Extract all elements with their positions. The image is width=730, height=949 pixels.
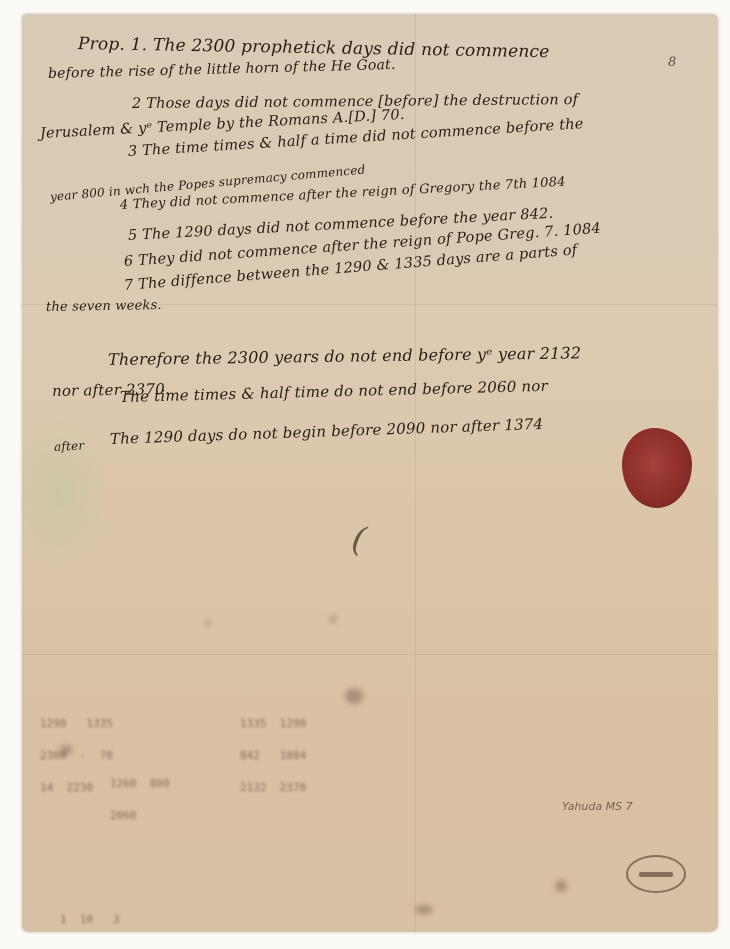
calc-row: 14 2230: [40, 780, 113, 796]
shelfmark-note: Yahuda MS 7: [562, 800, 633, 813]
faded-calculations-mid: 1260 800 2060: [110, 760, 170, 840]
calc-row: 1260 800: [110, 776, 170, 792]
library-stamp-icon: [626, 855, 686, 893]
calc-row: 1335 1290: [240, 716, 306, 732]
ink-blot: [60, 745, 72, 755]
calc-row: 842 1084: [240, 748, 306, 764]
library-stamp-bar: [639, 872, 673, 877]
calc-row: 2300 - 70: [40, 748, 113, 764]
conclusion-after-word: after: [54, 438, 85, 454]
faded-calculations-center: 1335 1290 842 1084 2132 2370: [240, 700, 306, 812]
faded-calculations-bottom: 1 10 3: [60, 896, 120, 944]
folio-number: 8: [668, 55, 676, 70]
faded-calculations-left: 1290 1335 2300 - 70 14 2230: [40, 700, 113, 812]
ink-blot: [345, 688, 363, 704]
fold-line-horizontal-lower: [22, 654, 718, 655]
ink-blot: [330, 615, 336, 623]
ink-blot: [415, 905, 433, 914]
calc-row: 2060: [110, 808, 170, 824]
ink-blot: [205, 620, 210, 626]
fold-line-vertical: [415, 14, 416, 932]
calc-row: 2132 2370: [240, 780, 306, 796]
prop-7-line-2: the seven weeks.: [46, 298, 162, 315]
calc-row: 1 10 3: [60, 912, 120, 928]
calc-row: 1290 1335: [40, 716, 113, 732]
ink-blot: [555, 880, 567, 892]
